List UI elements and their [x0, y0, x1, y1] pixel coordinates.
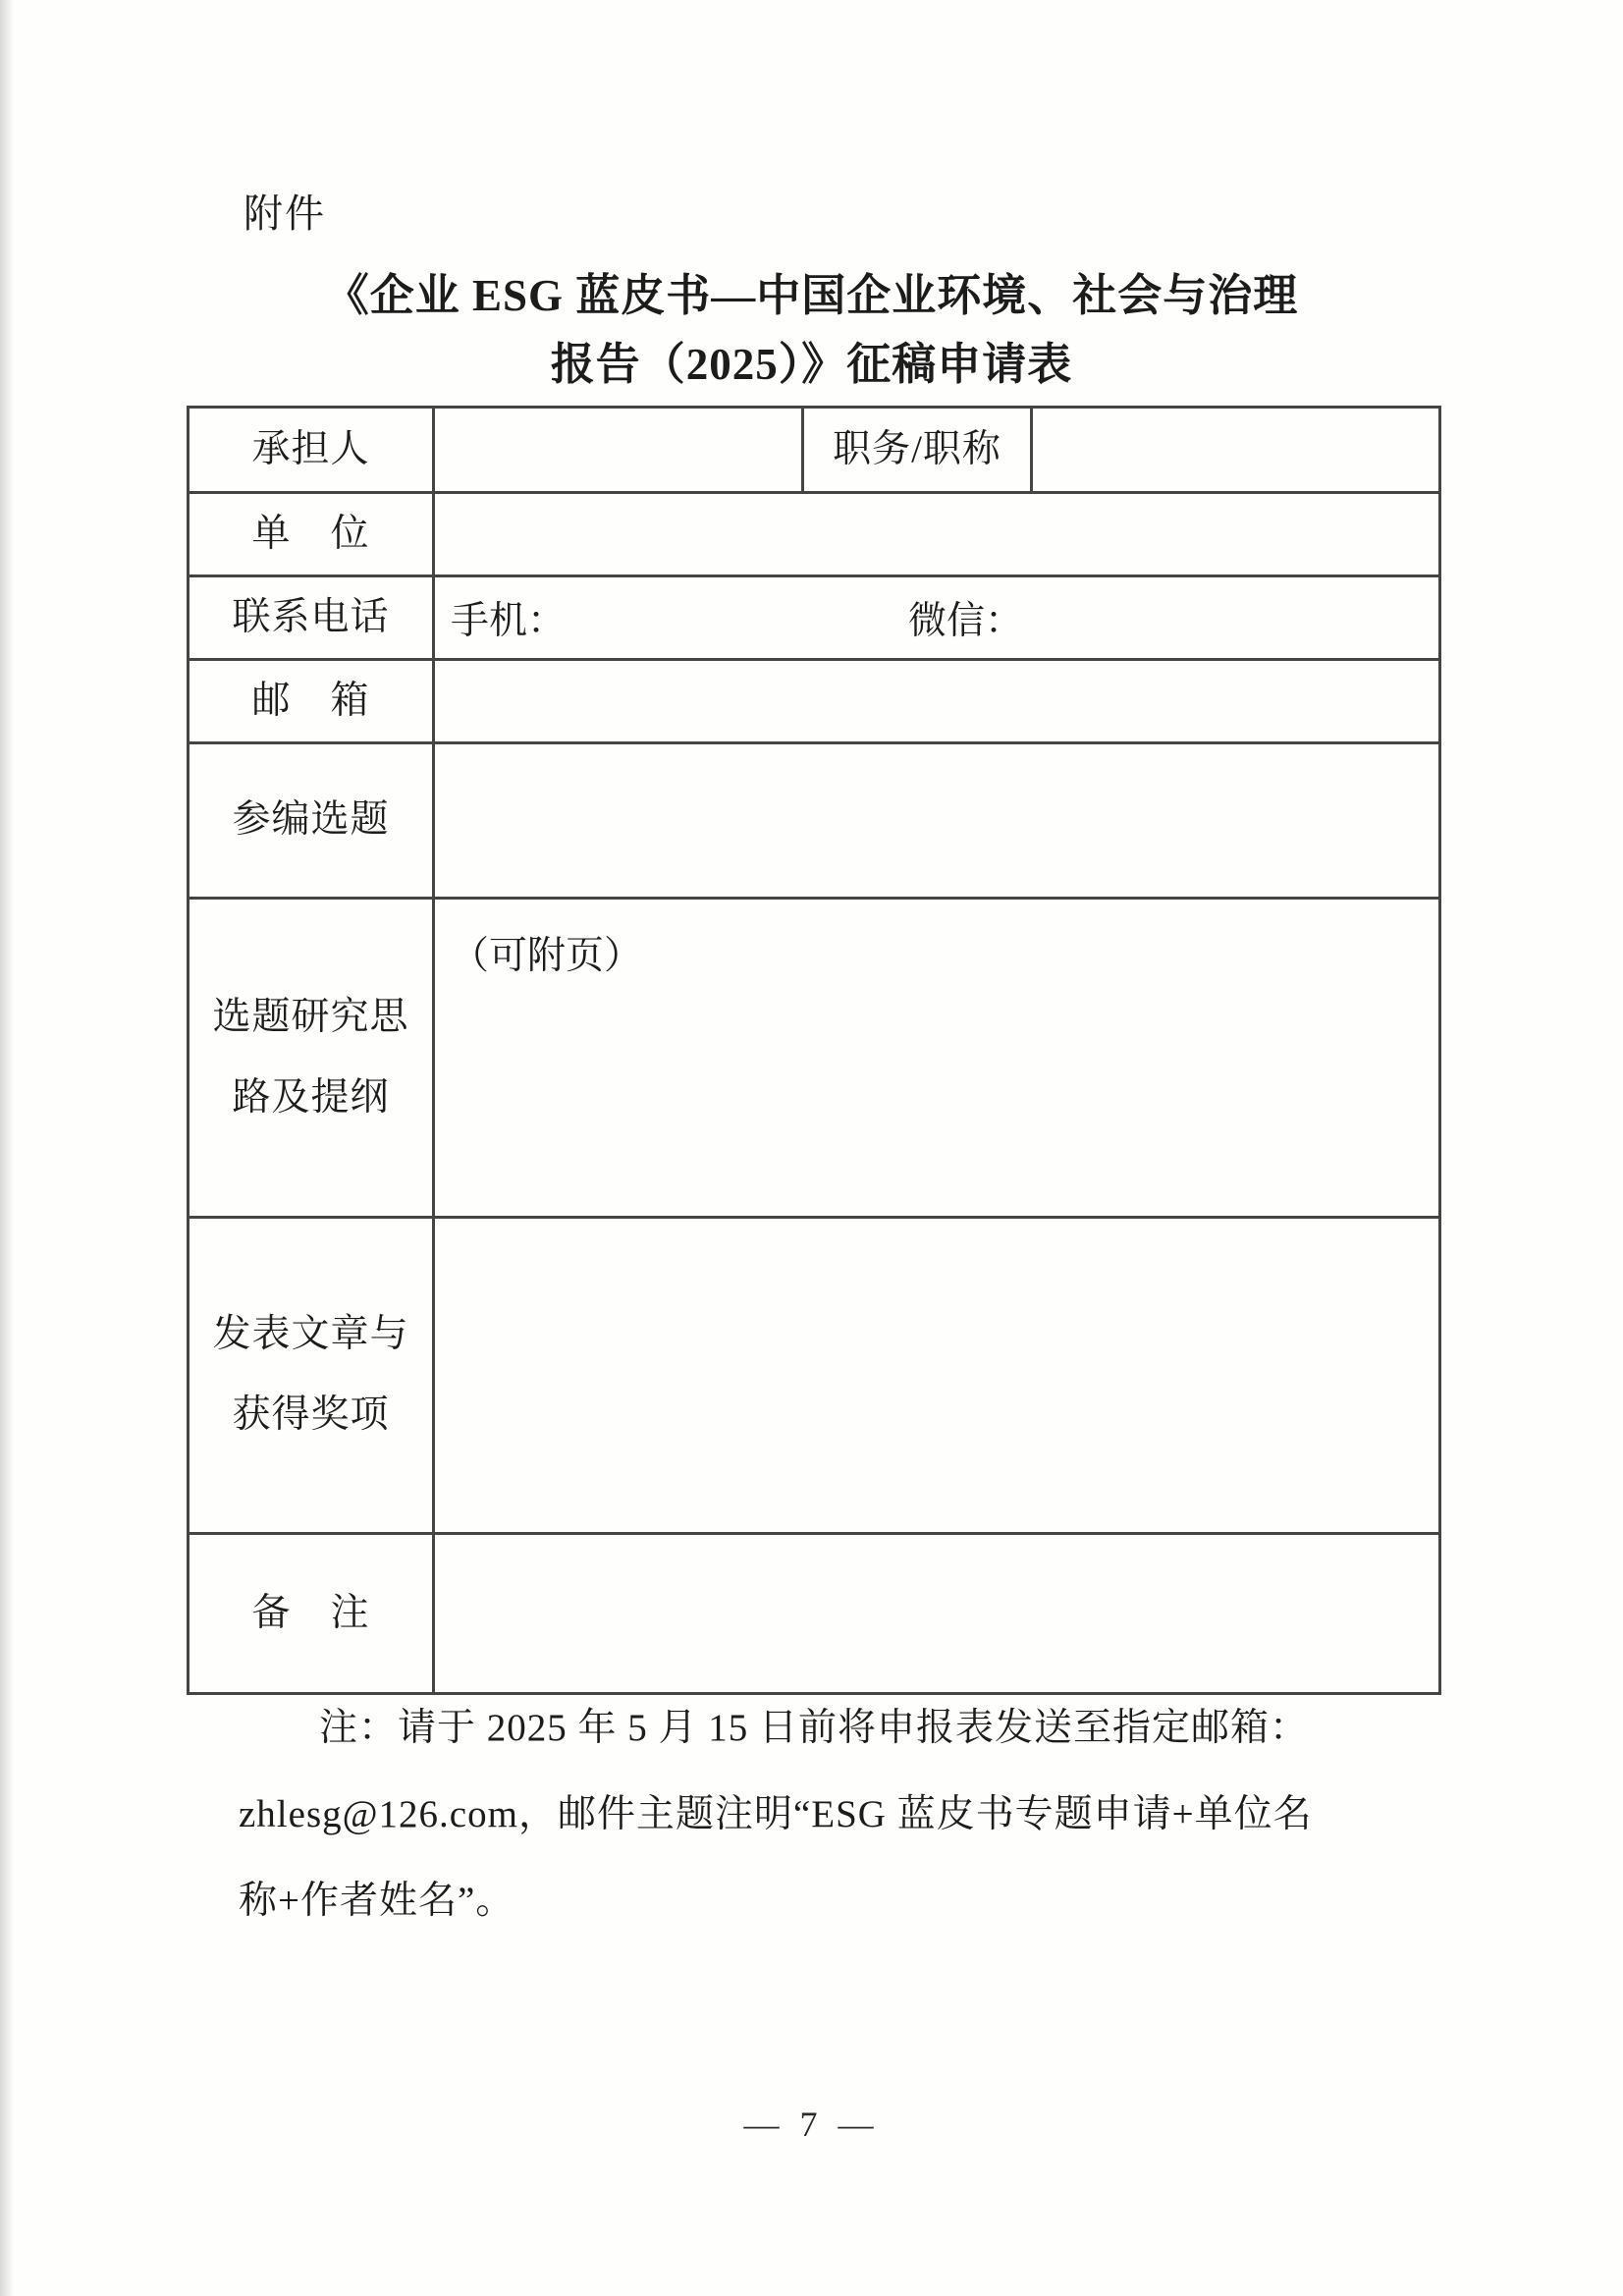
row-organization: 单 位 — [189, 493, 1440, 576]
topic-value-cell — [434, 742, 1440, 898]
organization-label: 单 位 — [189, 493, 434, 576]
topic-label: 参编选题 — [189, 742, 434, 898]
row-publications-awards: 发表文章与 获得奖项 — [189, 1217, 1440, 1533]
submission-note: 注：请于 2025 年 5 月 15 日前将申报表发送至指定邮箱： zhlesg… — [239, 1685, 1397, 1944]
email-value-cell — [434, 659, 1440, 742]
row-research-outline: 选题研究思 路及提纲 （可附页） — [189, 898, 1440, 1217]
email-label: 邮 箱 — [189, 659, 434, 742]
attach-page-hint: （可附页） — [435, 900, 1438, 980]
row-email: 邮 箱 — [189, 659, 1440, 742]
phone-fields: 手机： 微信： — [435, 590, 1438, 645]
position-title-label: 职务/职称 — [803, 408, 1032, 493]
position-title-value-cell — [1032, 408, 1440, 493]
organization-value-cell — [434, 493, 1440, 576]
undertaker-label: 承担人 — [189, 408, 434, 493]
undertaker-value-cell — [434, 408, 803, 493]
remarks-value-cell — [434, 1533, 1440, 1693]
research-outline-label: 选题研究思 路及提纲 — [189, 898, 434, 1217]
document-title-line-2: 报告（2025）》征稿申请表 — [0, 330, 1623, 399]
mobile-label: 手机： — [451, 590, 566, 645]
publications-awards-value-cell — [434, 1217, 1440, 1533]
contact-phone-label: 联系电话 — [189, 575, 434, 659]
row-remarks: 备 注 — [189, 1533, 1440, 1693]
research-outline-value-cell: （可附页） — [434, 898, 1440, 1217]
contact-phone-value-cell: 手机： 微信： — [434, 575, 1440, 659]
publications-awards-label: 发表文章与 获得奖项 — [189, 1217, 434, 1533]
row-undertaker: 承担人 职务/职称 — [189, 408, 1440, 493]
row-topic: 参编选题 — [189, 742, 1440, 898]
scanned-document-page: 附件 《企业 ESG 蓝皮书—中国企业环境、社会与治理 报告（2025）》征稿申… — [0, 0, 1623, 2296]
page-number: — 7 — — [0, 2104, 1623, 2145]
wechat-label: 微信： — [908, 590, 1023, 645]
row-contact-phone: 联系电话 手机： 微信： — [189, 575, 1440, 659]
application-form-table: 承担人 职务/职称 单 位 联系电话 手机： 微信： 邮 箱 参编选题 — [187, 406, 1441, 1695]
document-title-line-1: 《企业 ESG 蓝皮书—中国企业环境、社会与治理 — [0, 261, 1623, 330]
remarks-label: 备 注 — [189, 1533, 434, 1693]
attachment-label: 附件 — [243, 183, 326, 239]
document-title: 《企业 ESG 蓝皮书—中国企业环境、社会与治理 报告（2025）》征稿申请表 — [0, 261, 1623, 399]
